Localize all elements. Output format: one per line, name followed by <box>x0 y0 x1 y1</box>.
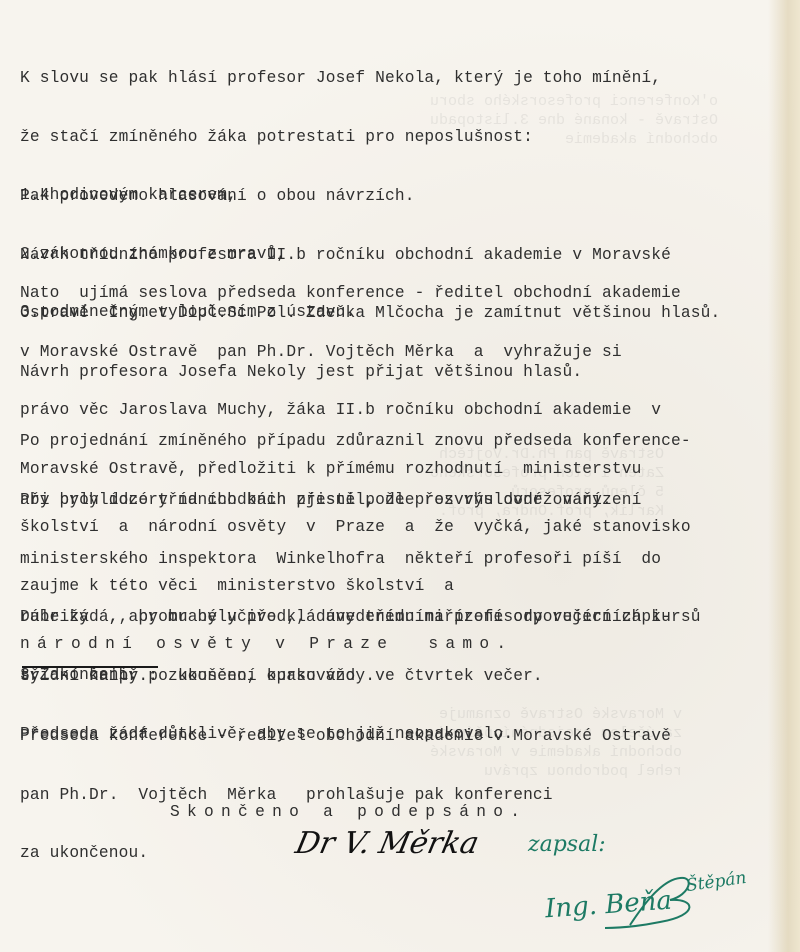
section-heading: 3.Zakončení. <box>20 666 138 686</box>
signature-flourish-icon <box>600 870 740 930</box>
text-line: že stačí zmíněného žáka potrestati pro n… <box>20 128 661 148</box>
section-divider <box>22 666 158 668</box>
text-line: Po projednání zmíněného případu zdůrazni… <box>20 432 691 452</box>
text-line: Nato ujímá seslova předseda konference -… <box>20 284 691 304</box>
signature-recorder-title: Ing. <box>544 891 598 925</box>
text-line: K slovu se pak hlásí profesor Josef Neko… <box>20 69 661 89</box>
text-line: Při prohlídce třídních knih zjistil, že … <box>20 491 671 511</box>
text-line: v Moravské Ostravě pan Ph.Dr. Vojtěch Mě… <box>20 343 691 363</box>
text-line: Dále žádá, aby mu byly předkládány třídn… <box>20 608 701 628</box>
signature-chairman: Dr V. Měrka <box>292 826 482 861</box>
signature-recorder-label: zapsal: <box>528 832 606 857</box>
text-line: ministerského inspektora Winkelhofra něk… <box>20 550 671 570</box>
closing-formula-text: Skončeno a podepsáno. <box>170 803 527 823</box>
text-line: Předseda konference - ředitel obchodní a… <box>20 727 671 747</box>
text-line: Pak provedeno hlasování o obou návrzích. <box>20 187 720 207</box>
